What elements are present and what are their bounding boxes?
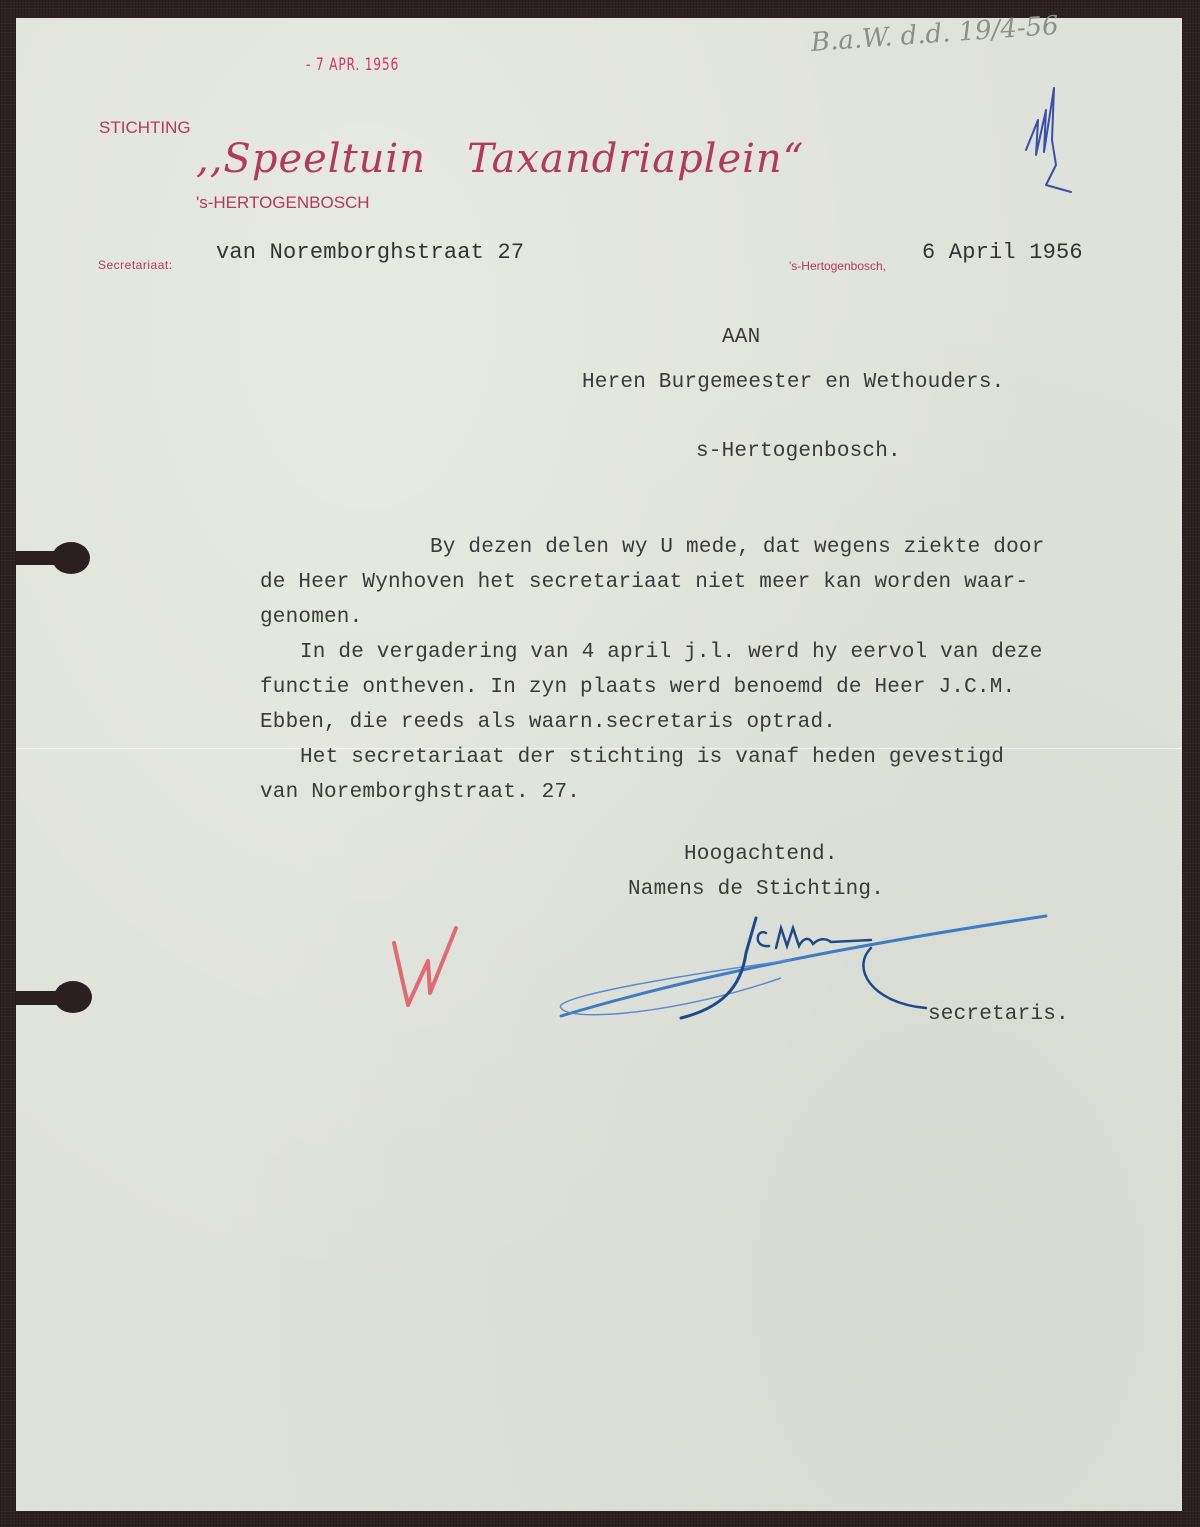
place-label: 's-Hertogenbosch, (789, 259, 886, 273)
closing-on-behalf: Namens de Stichting. (628, 878, 884, 901)
body-line-7: Het secretariaat der stichting is vanaf … (300, 741, 1004, 775)
org-name: ,,Speeltuin Taxandriaplein“ (196, 136, 804, 182)
body-line-1: By dezen delen wy U mede, dat wegens zie… (430, 531, 1045, 565)
body-line-3: genomen. (260, 601, 362, 635)
org-city: 's-HERTOGENBOSCH (196, 193, 370, 213)
body-line-2: de Heer Wynhoven het secretariaat niet m… (260, 566, 1028, 600)
pencil-annotation: B.a.W. d.d. 19/4-56 (810, 11, 1060, 58)
org-prefix: STICHTING (99, 118, 191, 138)
blue-initial-mark-icon (1016, 80, 1076, 200)
punch-hole-bottom (54, 981, 92, 1013)
recipient-name: Heren Burgemeester en Wethouders. (582, 371, 1004, 394)
received-date-stamp: - 7 APR. 1956 (306, 55, 399, 75)
letter-paper: - 7 APR. 1956 B.a.W. d.d. 19/4-56 STICHT… (16, 18, 1182, 1511)
body-line-4: In de vergadering van 4 april j.l. werd … (300, 636, 1043, 670)
recipient-aan: AAN (722, 326, 760, 349)
body-line-5: functie ontheven. In zyn plaats werd ben… (260, 671, 1015, 705)
red-w-mark-icon (386, 923, 466, 1023)
closing-salutation: Hoogachtend. (684, 843, 838, 866)
secretariat-address: van Noremborghstraat 27 (216, 240, 524, 265)
letter-date: 6 April 1956 (922, 240, 1083, 265)
body-line-8: van Noremborghstraat. 27. (260, 776, 580, 810)
punch-hole-top (52, 542, 90, 574)
body-line-6: Ebben, die reeds als waarn.secretaris op… (260, 706, 836, 740)
secretariat-label: Secretariaat: (98, 258, 173, 272)
recipient-city: s-Hertogenbosch. (696, 440, 901, 463)
closing-title: secretaris. (928, 1003, 1069, 1026)
